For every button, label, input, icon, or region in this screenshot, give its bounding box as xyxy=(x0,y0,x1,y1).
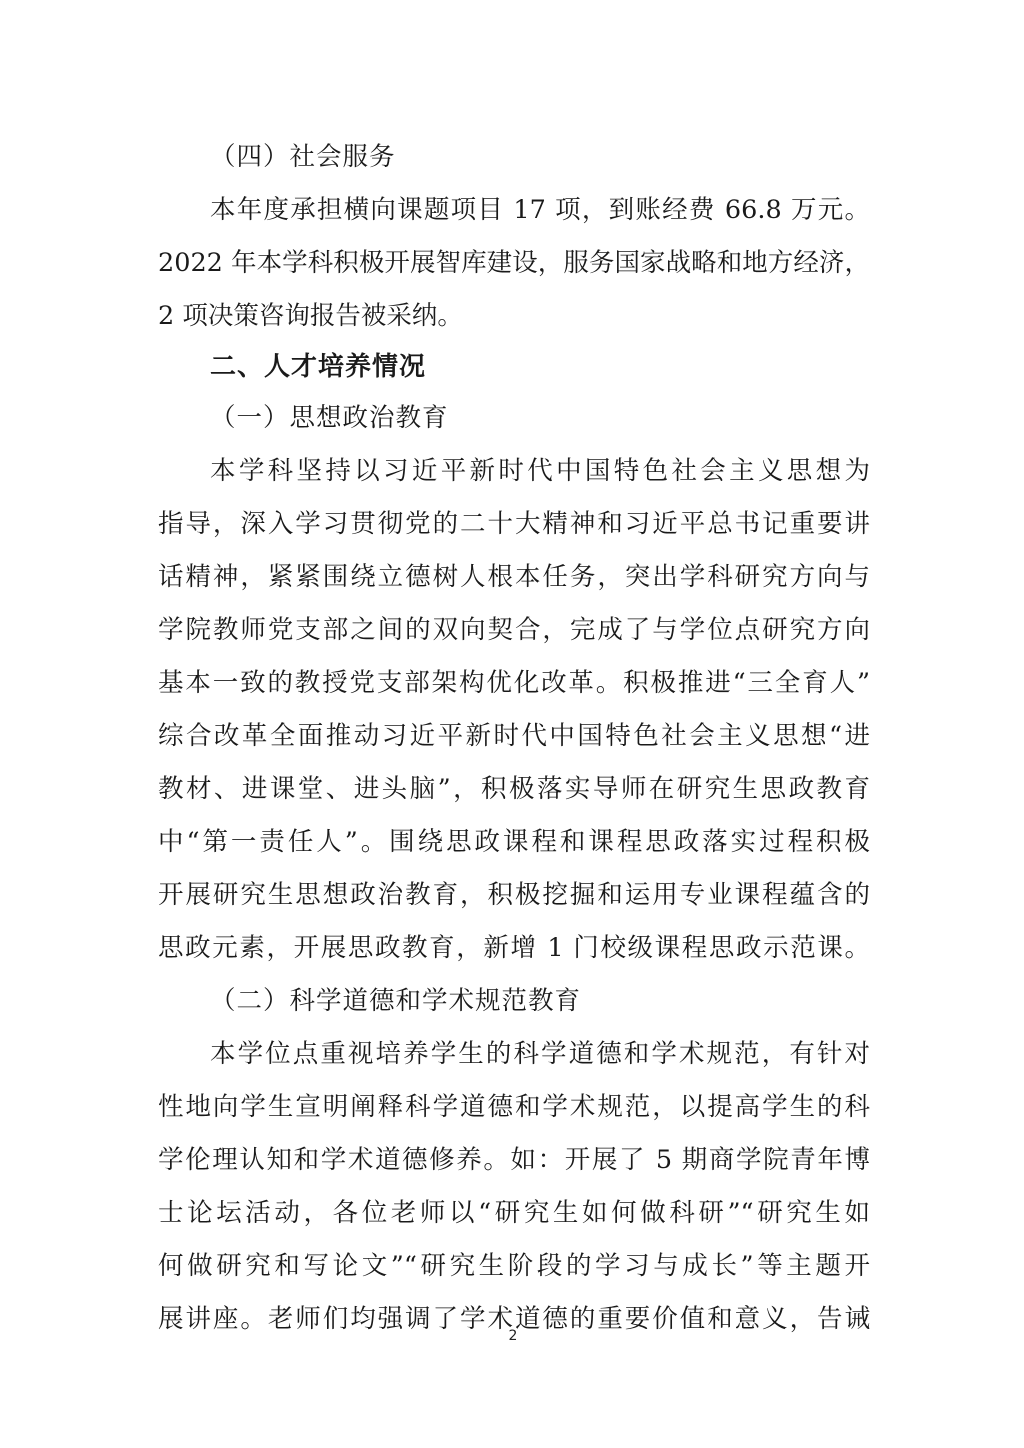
paragraph-line: 中“第一责任人”。围绕思政课程和课程思政落实过程积极 xyxy=(158,822,870,862)
paragraph-line: 2 项决策咨询报告被采纳。 xyxy=(158,296,870,336)
paragraph-line: 思政元素，开展思政教育，新增 1 门校级课程思政示范课。 xyxy=(158,928,870,968)
paragraph-line: 学院教师党支部之间的双向契合，完成了与学位点研究方向 xyxy=(158,610,870,650)
page-number: 2 xyxy=(503,1326,523,1346)
subsection-heading-ideological-education: （一）思想政治教育 xyxy=(210,398,449,438)
subsection-heading-academic-ethics: （二）科学道德和学术规范教育 xyxy=(210,981,581,1021)
paragraph-line: 基本一致的教授党支部架构优化改革。积极推进“三全育人” xyxy=(158,663,870,703)
paragraph-line: 学伦理认知和学术道德修养。如：开展了 5 期商学院青年博 xyxy=(158,1140,870,1180)
section-heading-social-service: （四）社会服务 xyxy=(210,137,396,177)
paragraph-line: 教材、进课堂、进头脑”，积极落实导师在研究生思政教育 xyxy=(158,769,870,809)
paragraph-line: 本学科坚持以习近平新时代中国特色社会主义思想为 xyxy=(210,451,870,491)
paragraph-line: 综合改革全面推动习近平新时代中国特色社会主义思想“进 xyxy=(158,716,870,756)
paragraph-line: 本学位点重视培养学生的科学道德和学术规范，有针对 xyxy=(210,1034,870,1074)
paragraph-line: 开展研究生思想政治教育，积极挖掘和运用专业课程蕴含的 xyxy=(158,875,870,915)
paragraph-line: 2022 年本学科积极开展智库建设，服务国家战略和地方经济， xyxy=(158,243,870,283)
chapter-heading-talent-cultivation: 二、人才培养情况 xyxy=(210,347,426,387)
paragraph-line: 何做研究和写论文”“研究生阶段的学习与成长”等主题开 xyxy=(158,1246,870,1286)
paragraph-line: 性地向学生宣明阐释科学道德和学术规范，以提高学生的科 xyxy=(158,1087,870,1127)
paragraph-line: 指导，深入学习贯彻党的二十大精神和习近平总书记重要讲 xyxy=(158,504,870,544)
paragraph-line: 话精神，紧紧围绕立德树人根本任务，突出学科研究方向与 xyxy=(158,557,870,597)
paragraph-line: 士论坛活动，各位老师以“研究生如何做科研”“研究生如 xyxy=(158,1193,870,1233)
document-page: （四）社会服务 本年度承担横向课题项目 17 项，到账经费 66.8 万元。 2… xyxy=(0,0,1024,1448)
paragraph-line: 本年度承担横向课题项目 17 项，到账经费 66.8 万元。 xyxy=(210,190,870,230)
